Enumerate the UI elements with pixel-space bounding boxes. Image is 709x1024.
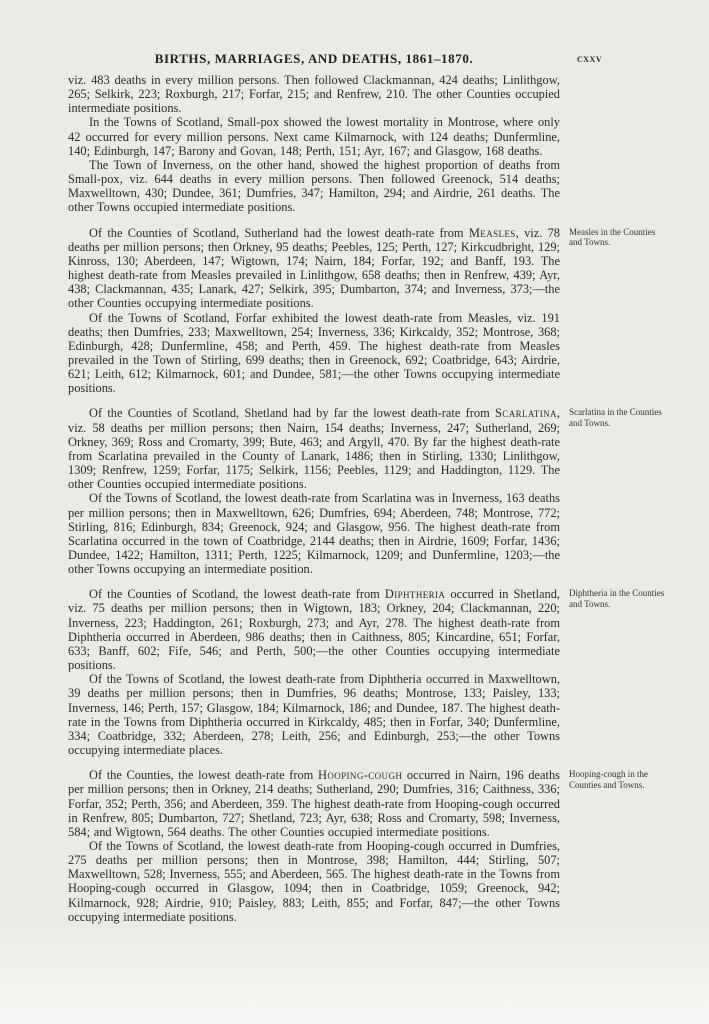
paragraph-text: Of the Counties of Scotland, Sutherland … (89, 226, 469, 240)
margin-note-column: Scarlatina in the Counties and Towns. (569, 406, 668, 428)
document-section-0: viz. 483 deaths in every million persons… (68, 73, 668, 215)
margin-note-column (569, 73, 668, 74)
paragraph-text: Of the Towns of Scotland, the lowest dea… (68, 839, 560, 924)
paragraph-text: Of the Counties of Scotland, the lowest … (89, 587, 385, 601)
margin-note-column: Measles in the Counties and Towns. (569, 226, 668, 248)
document-section-2: Of the Counties of Scotland, Shetland ha… (68, 406, 668, 576)
paragraph: Of the Towns of Scotland, the lowest dea… (68, 839, 560, 924)
paragraph: Of the Counties of Scotland, Shetland ha… (68, 406, 560, 491)
section-paragraphs: Of the Counties of Scotland, Sutherland … (68, 226, 560, 396)
section-paragraphs: Of the Counties of Scotland, Shetland ha… (68, 406, 560, 576)
paragraph: Of the Towns of Scotland, Forfar exhibit… (68, 311, 560, 396)
paragraph-text: Of the Towns of Scotland, the lowest dea… (68, 491, 560, 576)
disease-term: Measles (469, 226, 516, 240)
paragraph: viz. 483 deaths in every million persons… (68, 73, 560, 115)
paragraph: Of the Counties, the lowest death-rate f… (68, 768, 560, 839)
section-paragraphs: Of the Counties, the lowest death-rate f… (68, 768, 560, 924)
paragraph: Of the Towns of Scotland, the lowest dea… (68, 672, 560, 757)
margin-note: Measles in the Counties and Towns. (569, 227, 668, 248)
document-section-1: Of the Counties of Scotland, Sutherland … (68, 226, 668, 396)
body-sections: viz. 483 deaths in every million persons… (68, 73, 668, 924)
paragraph: Of the Counties of Scotland, Sutherland … (68, 226, 560, 311)
margin-note-column: Hooping-cough in the Counties and Towns. (569, 768, 668, 790)
margin-note: Hooping-cough in the Counties and Towns. (569, 769, 668, 790)
paragraph-text: In the Towns of Scotland, Small-pox show… (68, 115, 560, 157)
document-section-3: Of the Counties of Scotland, the lowest … (68, 587, 668, 757)
paragraph-text: The Town of Inverness, on the other hand… (68, 158, 560, 214)
section-paragraphs: Of the Counties of Scotland, the lowest … (68, 587, 560, 757)
section-paragraphs: viz. 483 deaths in every million persons… (68, 73, 560, 215)
paragraph: The Town of Inverness, on the other hand… (68, 158, 560, 215)
document-page: BIRTHS, MARRIAGES, AND DEATHS, 1861–1870… (0, 0, 709, 1024)
page-number: cxxv (577, 53, 602, 65)
page-title: BIRTHS, MARRIAGES, AND DEATHS, 1861–1870… (68, 51, 560, 67)
paragraph: Of the Counties of Scotland, the lowest … (68, 587, 560, 672)
paragraph: In the Towns of Scotland, Small-pox show… (68, 115, 560, 157)
paragraph-text: Of the Towns of Scotland, the lowest dea… (68, 672, 560, 757)
disease-term: Hooping-cough (318, 768, 402, 782)
paragraph: Of the Towns of Scotland, the lowest dea… (68, 491, 560, 576)
margin-note-column: Diphtheria in the Counties and Towns. (569, 587, 668, 609)
disease-term: Scarlatina (495, 406, 557, 420)
paragraph-text: viz. 483 deaths in every million persons… (68, 73, 560, 115)
margin-note: Diphtheria in the Counties and Towns. (569, 588, 668, 609)
document-section-4: Of the Counties, the lowest death-rate f… (68, 768, 668, 924)
paragraph-text: Of the Counties, the lowest death-rate f… (89, 768, 318, 782)
disease-term: Diphtheria (385, 587, 445, 601)
paragraph-text: Of the Counties of Scotland, Shetland ha… (89, 406, 495, 420)
paragraph-text: Of the Towns of Scotland, Forfar exhibit… (68, 311, 560, 396)
margin-note: Scarlatina in the Counties and Towns. (569, 407, 668, 428)
